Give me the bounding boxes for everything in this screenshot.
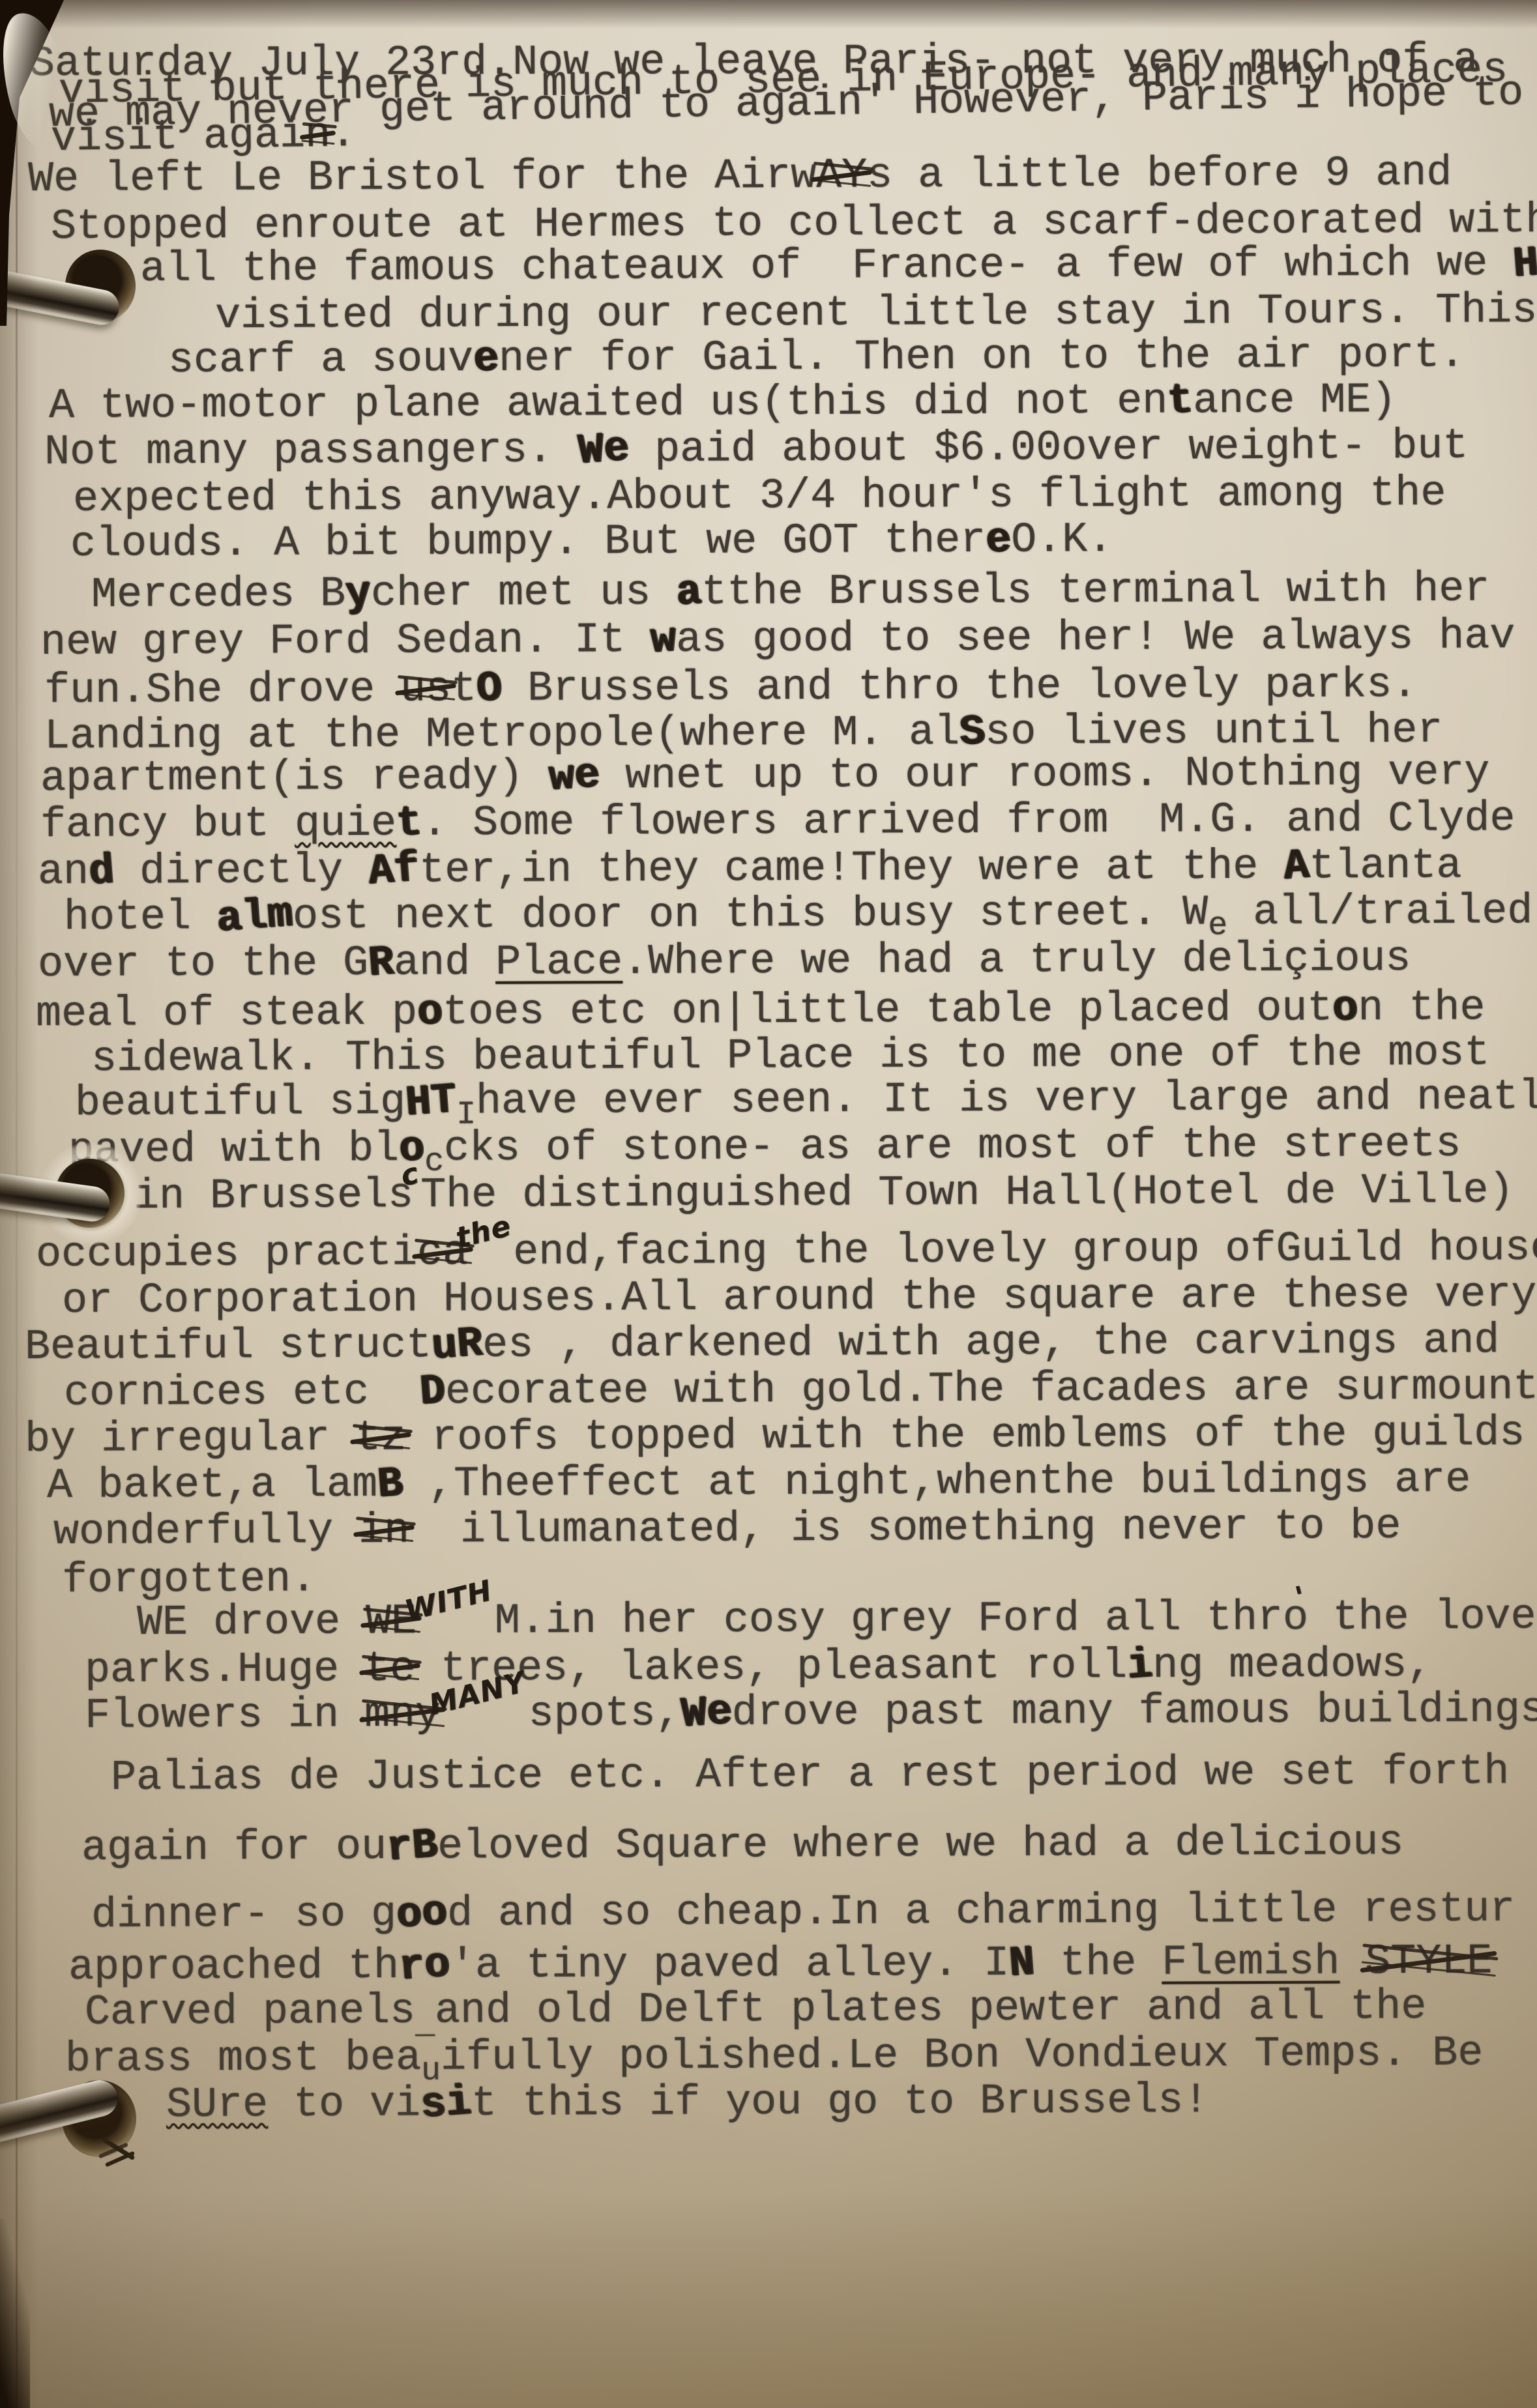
typewritten-line: over to the GRand Place.Where we had a t… <box>38 936 1411 987</box>
text-segment-p: an <box>38 848 89 896</box>
text-segment-p: A two-motor plane awaited us(this did no… <box>49 377 1168 430</box>
typewritten-line: Not many passangers. We paid about $6.00… <box>44 423 1469 475</box>
text-segment-o: o <box>416 989 445 1036</box>
text-segment-x: n <box>305 112 331 158</box>
typewritten-line: SUre to visit this if you go to Brussels… <box>166 2078 1209 2128</box>
typewritten-line: parks.Huge te trees, lakes, pleasant rol… <box>85 1642 1433 1693</box>
text-segment-p: fancy but <box>40 800 295 849</box>
text-segment-p: clouds. A bit bumpy. But we GOT ther <box>70 516 986 568</box>
text-segment-p: by irregular <box>25 1414 355 1464</box>
text-segment-p: all the famous chateaux of France- a few… <box>140 239 1514 293</box>
text-segment-p: .Where we had a truly deliçious <box>622 935 1411 986</box>
text-segment-p: illumanated, is something never to be <box>409 1502 1401 1555</box>
text-segment-p: ng meadows, <box>1152 1640 1432 1690</box>
text-segment-p: beautiful sig <box>75 1078 405 1127</box>
text-segment-p: in Brussels <box>134 1171 413 1221</box>
text-segment-p: ,Theeffect at night,whenthe buildings ar… <box>403 1455 1471 1508</box>
text-segment-p: brass most bea <box>65 2034 421 2083</box>
text-segment-p: 'a tiny paved alley. I <box>450 1939 1009 1990</box>
text-segment-p: cks of stone- as are most of the streets <box>444 1120 1461 1173</box>
text-segment-p: d and so cheap.In a charming little rest… <box>447 1885 1515 1937</box>
typewritten-line: or Corporation Houses.All around the squ… <box>62 1271 1537 1324</box>
text-segment-o: i <box>1126 1642 1154 1690</box>
text-segment-p: A baket,a lam <box>47 1460 377 1510</box>
typewritten-line: We left Le Bristol for the AirwAYs a lit… <box>28 150 1452 202</box>
text-segment-p: as good to see her! We always hav <box>676 612 1515 664</box>
text-segment-o: we <box>548 752 602 802</box>
typewritten-line: again for ourBeloved Square where we had… <box>81 1820 1404 1871</box>
text-segment-o: si <box>419 2079 473 2128</box>
text-segment-p: ifully polished.Le Bon Vondieux Temps. B… <box>441 2029 1484 2082</box>
typewritten-line: Mercedes Bycher met us atthe Brussels te… <box>91 566 1490 618</box>
text-segment-p: ecoratee with gold.The facades are surmo… <box>445 1363 1537 1416</box>
text-segment-p: tlanta <box>1309 841 1461 890</box>
typewritten-line: dinner- so good and so cheap.In a charmi… <box>91 1886 1515 1938</box>
typewritten-line: clouds. A bit bumpy. But we GOT thereO.K… <box>70 517 1113 567</box>
text-segment-p: have ever seen. It is very large and nea… <box>476 1073 1537 1125</box>
text-segment-o: O <box>475 665 504 713</box>
text-segment-x: te <box>364 1646 415 1692</box>
typewritten-line: WE drove WEWITHM.in her cosy grey Ford a… <box>137 1593 1537 1647</box>
text-segment-p: roofs topped with the emblems of the gui… <box>406 1409 1525 1462</box>
text-segment-p: and <box>394 938 495 987</box>
text-segment-o: Af <box>367 846 421 895</box>
text-segment-o: e <box>472 336 501 383</box>
text-segment-p: Carved panels <box>85 1987 415 2037</box>
text-segment-p: the lovely <box>1307 1592 1537 1642</box>
text-segment-p: wnet up to our rooms. Nothing very <box>600 748 1490 800</box>
text-segment-p: paid about $6.00over weight- but <box>629 422 1469 474</box>
text-segment-p: Palias de Justice etc. After a rest peri… <box>111 1748 1510 1802</box>
text-segment-p: M.in her cosy grey Ford all thro <box>495 1593 1309 1645</box>
typewritten-line: scarf a souvener for Gail. Then on to th… <box>168 332 1465 383</box>
typewritten-line: all the famous chateaux of France- a few… <box>140 240 1537 292</box>
text-segment-p: again for ou <box>81 1823 387 1872</box>
text-segment-o: A <box>1282 843 1311 890</box>
typewritten-line: A two-motor plane awaited us(this did no… <box>49 377 1397 429</box>
text-segment-p: cher met us <box>371 568 676 618</box>
text-segment-o: S <box>958 708 987 756</box>
text-segment-p: ner for Gail. Then on to the air port. <box>499 330 1465 383</box>
text-segment-o: t <box>395 800 424 847</box>
diary-page: Saturday July 23rd.Now we leave Paris- n… <box>0 0 1537 2408</box>
text-segment-p: s a little before 9 and <box>867 149 1452 199</box>
text-segment-p: to vi <box>268 2080 420 2128</box>
text-segment-p: and old Delft plates pewter and all the <box>435 1982 1427 2035</box>
text-segment-o: e <box>984 516 1013 564</box>
text-segment-x: STYLE <box>1365 1938 1492 1984</box>
text-segment-u: Flemish <box>1162 1937 1339 1986</box>
text-segment-o: alm <box>215 891 295 942</box>
text-segment-p: The distinguished Town Hall(Hotel de Vil… <box>420 1167 1514 1219</box>
text-segment-o: N <box>1008 1939 1036 1987</box>
text-segment-p: fun.She drove <box>44 665 400 715</box>
typewritten-line: Flowers in mnyMANYspots,Wedrove past man… <box>85 1687 1537 1741</box>
text-segment-o: o <box>1331 985 1360 1032</box>
text-segment-p: wonderfully <box>53 1507 359 1556</box>
text-segment-p <box>1339 1937 1365 1986</box>
text-segment-o: D <box>418 1368 447 1415</box>
typewritten-line: in BrusselscThe distinguished Town Hall(… <box>134 1168 1514 1221</box>
text-segment-x: AY <box>816 152 867 198</box>
text-segment-p: all/trailed <box>1227 887 1532 936</box>
text-segment-p: O.K. <box>1011 515 1113 564</box>
text-segment-p: toes etc on|little table placed out <box>443 984 1333 1036</box>
text-segment-p: spots, <box>528 1689 681 1738</box>
text-segment-u: Place <box>495 938 622 987</box>
text-segment-p: Mercedes B <box>91 570 345 619</box>
text-segment-p: es , darkened with age, the carvings and <box>482 1316 1500 1369</box>
text-segment-p: dinner- so g <box>91 1890 396 1939</box>
text-segment-p: eloved Square where we had a delicious <box>437 1818 1404 1870</box>
text-segment-p: scarf a souv <box>168 335 473 384</box>
text-segment-p: WE drove <box>137 1597 366 1647</box>
text-segment-p: We left Le Bristol for the Airw <box>28 152 817 203</box>
typewritten-line: wonderfully in illumanated, is something… <box>53 1503 1401 1555</box>
typewritten-text: Saturday July 23rd.Now we leave Paris- n… <box>0 0 1537 2408</box>
text-segment-h: WITH <box>400 1568 497 1634</box>
typewritten-line: new grey Ford Sedan. It was good to see … <box>40 613 1515 665</box>
typewritten-line: meal of steak potoes etc on|little table… <box>36 985 1486 1037</box>
text-segment-o: rB <box>385 1822 439 1872</box>
text-segment-p: end,facing the lovely group ofGuild hous… <box>513 1224 1537 1277</box>
typewritten-line: apartment(is ready) we wnet up to our ro… <box>40 749 1490 802</box>
typewritten-line: by irregular tz roofs topped with the em… <box>25 1410 1525 1462</box>
text-segment-o: a <box>675 569 703 617</box>
text-segment-p: drove past many famous buildings <box>732 1685 1537 1737</box>
text-segment-p: Brussels and thro the lovely parks. <box>502 661 1418 713</box>
text-segment-o: y <box>344 570 373 618</box>
text-segment-p: hotel <box>64 893 216 942</box>
text-segment-p: Beautiful struct <box>25 1321 432 1371</box>
text-segment-p: Flowers in <box>85 1690 364 1740</box>
typewritten-line: A baket,a lamB ,Theeffect at night,whent… <box>47 1457 1471 1509</box>
text-segment-p: tthe Brussels terminal with her <box>701 565 1490 617</box>
text-segment-p: t this if you go to Brussels! <box>471 2076 1208 2128</box>
text-segment-o: HA <box>1512 239 1537 288</box>
text-segment-p: ost next door on this busy street. W <box>293 888 1208 940</box>
typewritten-line: Beautiful structuRes , darkened with age… <box>25 1318 1500 1370</box>
text-segment-o: w <box>649 616 678 663</box>
text-segment-p: cornices etc <box>64 1368 420 1417</box>
text-segment-p: the <box>1034 1939 1162 1988</box>
text-segment-p: approached th <box>68 1942 399 1992</box>
text-segment-o: HT <box>404 1077 458 1127</box>
text-segment-p: over to the G <box>38 939 368 989</box>
pen-scribble-mark <box>98 2141 146 2173</box>
typewritten-line: expected this anyway.About 3/4 hour's fl… <box>73 471 1446 522</box>
text-segment-x: us <box>400 666 451 712</box>
typewritten-line: cornices etc Decoratee with gold.The fac… <box>64 1364 1537 1416</box>
text-segment-o: We <box>577 425 631 474</box>
text-segment-p: t <box>451 665 476 713</box>
typewritten-line: Palias de Justice etc. After a rest peri… <box>111 1749 1510 1801</box>
text-segment-o: ro <box>398 1941 452 1991</box>
text-segment-o: uR <box>430 1320 484 1370</box>
text-segment-p: new grey Ford Sedan. It <box>40 616 651 667</box>
text-segment-p: directly <box>114 847 368 896</box>
text-segment-w: quie <box>295 800 396 849</box>
typewritten-line: and directly After,in they came!They wer… <box>38 843 1462 895</box>
text-segment-o: oo <box>395 1889 449 1939</box>
text-segment-p: n the <box>1358 983 1485 1032</box>
text-segment-p: forgotten. <box>62 1555 316 1604</box>
text-segment-o: d <box>87 848 115 895</box>
text-segment-w: SUre <box>166 2080 268 2129</box>
text-segment-p: parks.Huge <box>85 1645 364 1694</box>
text-segment-o: B <box>376 1460 405 1508</box>
text-segment-p: . Some flowers arrived from M.G. and Cly… <box>422 794 1515 847</box>
text-segment-p: ter,in they came!They were at the <box>419 843 1284 895</box>
text-segment-p: meal of steak p <box>36 988 417 1038</box>
text-segment-o: t <box>1166 377 1195 425</box>
text-segment-x: tz <box>355 1415 406 1460</box>
text-segment-p: apartment(is ready) <box>40 753 549 803</box>
typewritten-line: fun.She drove ustO Brussels and thro the… <box>44 662 1418 714</box>
typewritten-line: forgotten. <box>62 1556 316 1603</box>
text-segment-o: R <box>367 939 396 987</box>
text-segment-p: Not many passangers. <box>44 426 578 476</box>
text-segment-x: in <box>359 1508 409 1554</box>
typewritten-line: fancy but quiet. Some flowers arrived fr… <box>40 796 1515 848</box>
text-segment-p: expected this anyway.About 3/4 hour's fl… <box>73 469 1446 523</box>
text-segment-p: ance ME) <box>1193 376 1396 425</box>
text-segment-o: We <box>679 1689 733 1738</box>
